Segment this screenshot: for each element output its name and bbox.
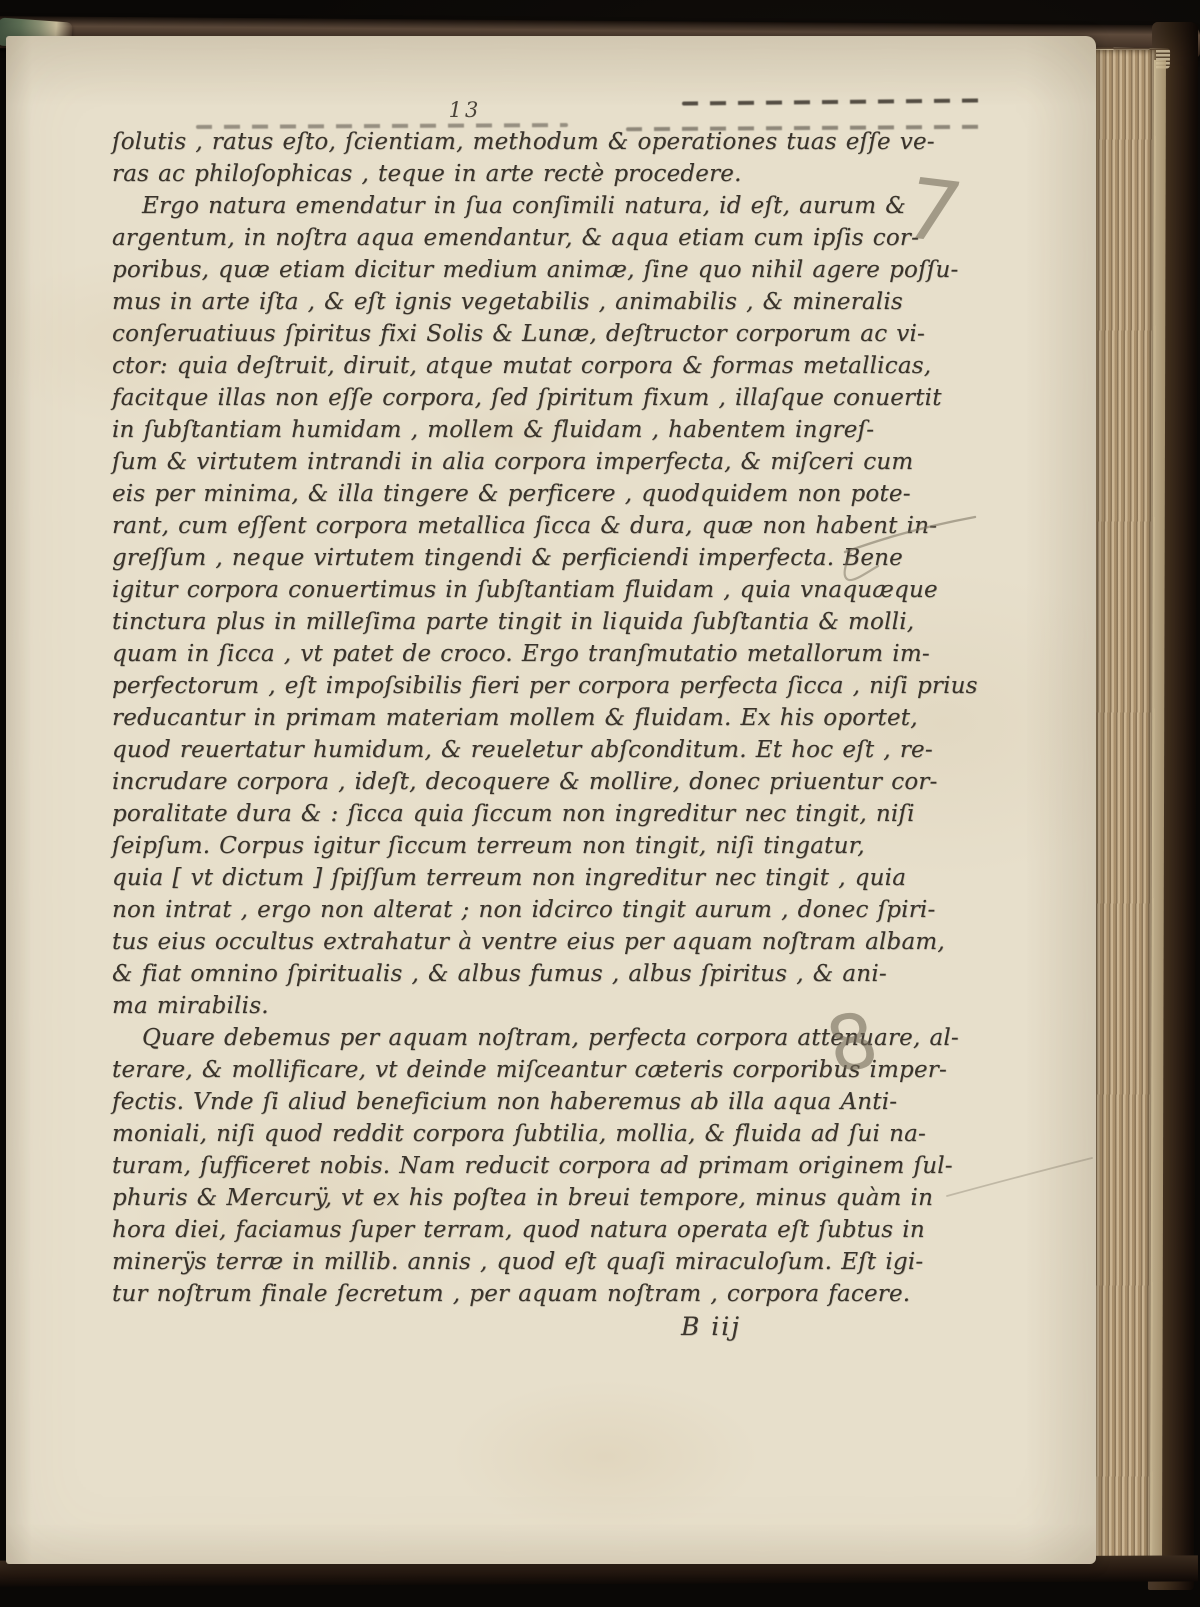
text-line: tur noſtrum finale ſecretum , per aquam … bbox=[112, 1278, 820, 1310]
text-line: Quare debemus per aquam noſtram, perfect… bbox=[112, 1022, 820, 1054]
text-line: quod reuertatur humidum, & reueletur abſ… bbox=[112, 734, 820, 766]
handwritten-foliation-number: 7 bbox=[895, 160, 970, 263]
text-line: turam, ſufficeret nobis. Nam reducit cor… bbox=[112, 1150, 820, 1182]
text-line: igitur corpora conuertimus in ſubſtantia… bbox=[112, 574, 820, 606]
text-line: incrudare corpora , ideſt, decoquere & m… bbox=[112, 766, 820, 798]
text-line: in ſubſtantiam humidam , mollem & fluida… bbox=[112, 414, 820, 446]
text-line: terare, & mollificare, vt deinde miſcean… bbox=[112, 1054, 820, 1086]
text-line: hora diei, faciamus ſuper terram, quod n… bbox=[112, 1214, 820, 1246]
book-page: 13 ſolutis , ratus eſto, ſcientiam, meth… bbox=[6, 36, 1096, 1564]
text-line: reducantur in primam materiam mollem & f… bbox=[112, 702, 820, 734]
text-line: perfectorum , eſt impoſsibilis fieri per… bbox=[112, 670, 820, 702]
text-line: moniali, niſi quod reddit corpora ſubtil… bbox=[112, 1118, 820, 1150]
text-line: Ergo natura emendatur in ſua conſimili n… bbox=[112, 190, 820, 222]
text-line: poralitate dura & : ſicca quia ſiccum no… bbox=[112, 798, 820, 830]
text-line: tus eius occultus extrahatur à ventre ei… bbox=[112, 926, 820, 958]
text-line: ras ac philoſophicas , teque in arte rec… bbox=[112, 158, 820, 190]
text-line: ſolutis , ratus eſto, ſcientiam, methodu… bbox=[112, 126, 820, 158]
signature-mark: B iij bbox=[661, 1312, 761, 1341]
text-line: & fiat omnino ſpiritualis , & albus fumu… bbox=[112, 958, 820, 990]
text-line: fectis. Vnde ſi aliud beneficium non hab… bbox=[112, 1086, 820, 1118]
text-line: ſeipſum. Corpus igitur ſiccum terreum no… bbox=[112, 830, 820, 862]
text-line: eis per minima, & illa tingere & perfice… bbox=[112, 478, 820, 510]
text-line: quia [ vt dictum ] ſpiſſum terreum non i… bbox=[112, 862, 820, 894]
text-line: rant, cum eſſent corpora metallica ſicca… bbox=[112, 510, 820, 542]
text-line: argentum, in noſtra aqua emendantur, & a… bbox=[112, 222, 820, 254]
page-number: 13 bbox=[112, 98, 818, 128]
text-line: non intrat , ergo non alterat ; non idci… bbox=[112, 894, 820, 926]
text-line: minerÿs terræ in millib. annis , quod eſ… bbox=[112, 1246, 820, 1278]
text-line: greſſum , neque virtutem tingendi & perf… bbox=[112, 542, 820, 574]
text-line: ſum & virtutem intrandi in alia corpora … bbox=[112, 446, 820, 478]
page-stack-fore-edge bbox=[1088, 50, 1156, 1566]
text-line: quam in ſicca , vt patet de croco. Ergo … bbox=[112, 638, 820, 670]
text-line: ma mirabilis. bbox=[112, 990, 820, 1022]
text-line: phuris & Mercurÿ, vt ex his poſtea in br… bbox=[112, 1182, 820, 1214]
text-line: conſeruatiuus ſpiritus fixi Solis & Lunæ… bbox=[112, 318, 820, 350]
text-line: poribus, quæ etiam dicitur medium animæ,… bbox=[112, 254, 820, 286]
text-line: tinctura plus in milleſima parte tingit … bbox=[112, 606, 820, 638]
text-line: facitque illas non eſſe corpora, ſed ſpi… bbox=[112, 382, 820, 414]
text-block: ſolutis , ratus eſto, ſcientiam, methodu… bbox=[112, 126, 820, 1310]
text-line: ctor: quia deſtruit, diruit, atque mutat… bbox=[112, 350, 820, 382]
text-line: mus in arte iſta , & eſt ignis vegetabil… bbox=[112, 286, 820, 318]
